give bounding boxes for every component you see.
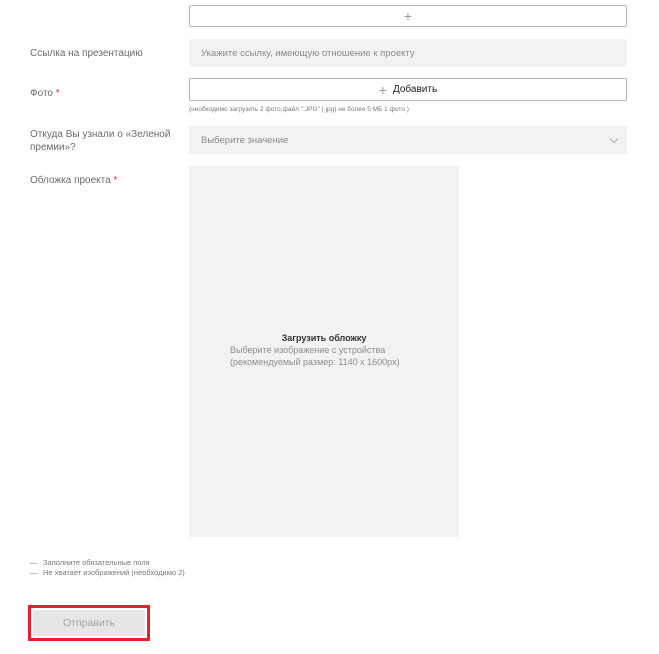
validation-errors: —Заполните обязательные поля —Не хватает… (30, 558, 185, 578)
top-upload-button[interactable]: + (189, 5, 627, 27)
submit-button[interactable]: Отправить (33, 610, 145, 636)
chevron-down-icon (610, 135, 618, 143)
source-label-line1: Откуда Вы узнали о «Зеленой (30, 128, 170, 141)
source-label: Откуда Вы узнали о «Зеленой премии»? (30, 128, 170, 154)
error-item: —Не хватает изображений (необходимо 2) (30, 568, 185, 578)
submit-highlight: Отправить (28, 605, 150, 641)
error-text: Заполните обязательные поля (43, 558, 150, 567)
source-label-line2: премии»? (30, 141, 170, 154)
cover-upload-title: Загрузить обложку (189, 333, 459, 343)
source-placeholder: Выберите значение (201, 135, 288, 146)
required-mark: * (56, 88, 60, 99)
photo-label: Фото * (30, 87, 60, 100)
plus-icon: + (379, 83, 387, 97)
cover-label: Обложка проекта * (30, 174, 117, 187)
cover-label-text: Обложка проекта (30, 175, 111, 186)
cover-upload-area[interactable]: Загрузить обложку Выберите изображение с… (189, 166, 459, 537)
required-mark: * (113, 175, 117, 186)
presentation-placeholder: Укажите ссылку, имеющую отношение к прое… (201, 48, 415, 59)
source-select[interactable]: Выберите значение (189, 126, 627, 154)
cover-upload-subtitle: Выберите изображение с устройства (230, 345, 385, 355)
cover-upload-size-hint: (рекомендуемый размер: 1140 x 1600px) (230, 357, 400, 367)
presentation-label: Ссылка на презентацию (30, 47, 143, 60)
error-item: —Заполните обязательные поля (30, 558, 185, 568)
dash: — (30, 568, 43, 578)
photo-label-text: Фото (30, 88, 53, 99)
error-text: Не хватает изображений (необходимо 2) (43, 568, 185, 577)
presentation-link-input[interactable]: Укажите ссылку, имеющую отношение к прое… (189, 39, 627, 67)
add-photo-label: Добавить (393, 84, 437, 95)
photo-hint: (необходимо загрузить 2 фото,файл ".JPG"… (189, 106, 409, 113)
plus-icon: + (404, 9, 412, 23)
dash: — (30, 558, 43, 568)
add-photo-button[interactable]: + Добавить (189, 78, 627, 101)
